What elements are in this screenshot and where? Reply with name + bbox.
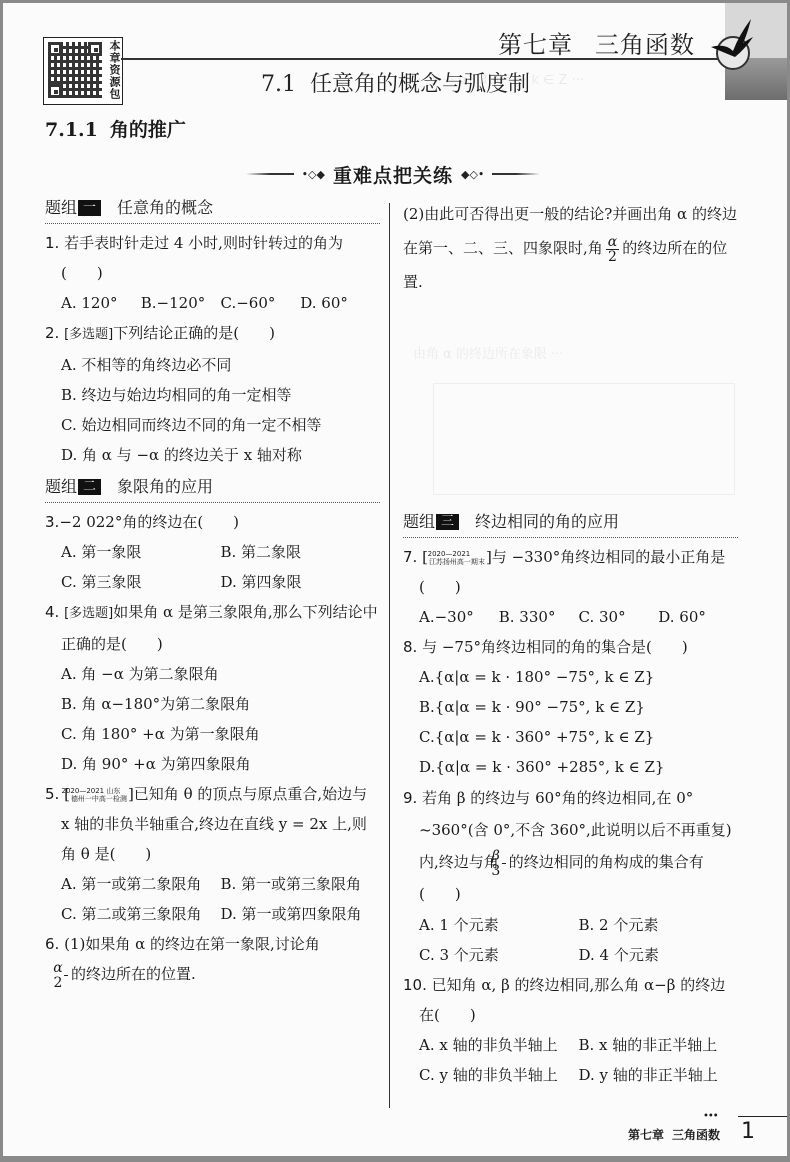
option-d: D. 第一或第四象限角	[221, 899, 381, 929]
subsection-number: 7.1.1	[45, 119, 98, 141]
option-b: B.−120°	[141, 288, 221, 318]
option-b: B. 角 α−180°为第二象限角	[61, 689, 380, 719]
option-b: B. x 轴的非正半轴上	[579, 1030, 739, 1060]
multi-select-tag: [多选题]	[64, 606, 113, 621]
question-number: 6.	[45, 935, 59, 953]
option-a: A.−30°	[419, 602, 499, 632]
banner-text: 重难点把关练	[333, 161, 453, 188]
group-label: 题组	[45, 193, 77, 223]
option-c: C.−60°	[221, 288, 301, 318]
fraction: β3	[502, 849, 506, 878]
option-d: D. 4 个元素	[579, 940, 739, 970]
question-number: 1.	[45, 234, 59, 252]
qr-code-box[interactable]: 本章资源包	[43, 37, 123, 105]
question-number: 7.	[403, 548, 417, 566]
option-c: C. 始边相同而终边不同的角一定不相等	[61, 410, 380, 440]
option-a: A. 角 −α 为第二象限角	[61, 659, 380, 689]
group-badge: 一	[78, 200, 101, 216]
group-title: 象限角的应用	[117, 472, 213, 502]
multi-select-tag: [多选题]	[64, 327, 113, 342]
option-c: C.{α|α = k · 360° +75°, k ∈ Z}	[419, 722, 738, 752]
textbook-page: 本章资源包 第七章三角函数 7.1任意角的概念与弧度制 7.1.1角的推广 •◇…	[3, 3, 787, 1156]
chapter-heading: 第七章三角函数	[498, 25, 695, 60]
group-title: 终边相同的角的应用	[475, 507, 619, 537]
question-8: 8. 与 −75°角终边相同的角的集合是( ) A.{α|α = k · 180…	[403, 632, 738, 782]
group-title: 任意角的概念	[117, 193, 213, 223]
option-b: B. 终边与始边均相同的角一定相等	[61, 380, 380, 410]
question-stem: 已知角 α, β 的终边相同,那么角 α−β 的终边在( )	[419, 976, 725, 1024]
question-number: 3.	[45, 513, 59, 531]
chapter-number: 第七章	[498, 31, 573, 59]
group-label: 题组	[45, 472, 77, 502]
group-heading-2: 题组 二 象限角的应用	[45, 472, 380, 503]
diamond-ornament-icon: ◆◇•	[461, 168, 484, 181]
option-d: D. y 轴的非正半轴上	[579, 1060, 739, 1090]
page-number: 1	[741, 1119, 755, 1144]
left-column: 题组 一 任意角的概念 1. 若手表时针走过 4 小时,则时针转过的角为( ) …	[45, 193, 380, 990]
footer-chapter: 第七章三角函数	[628, 1126, 720, 1143]
option-d: D. 角 90° +α 为第四象限角	[61, 749, 380, 779]
banner-rule-left	[246, 173, 294, 175]
option-d: D. 第四象限	[221, 567, 381, 597]
group-badge: 三	[436, 514, 459, 530]
question-stem: (1)如果角 α 的终边在第一象限,讨论角	[64, 935, 320, 953]
footer-chapter-number: 第七章	[628, 1128, 664, 1142]
option-c: C. 角 180° +α 为第一象限角	[61, 719, 380, 749]
question-4: 4. [多选题]如果角 α 是第三象限角,那么下列结论中正确的是( ) A. 角…	[45, 597, 380, 779]
option-b: B. 第二象限	[221, 537, 381, 567]
column-divider	[389, 203, 390, 1108]
subsection-name: 角的推广	[110, 119, 186, 141]
group-badge: 二	[78, 479, 101, 495]
question-number: 5.	[45, 785, 59, 803]
subsection-title: 7.1.1角的推广	[45, 115, 186, 142]
option-d: D. 60°	[658, 602, 738, 632]
option-a: A. 不相等的角终边必不同	[61, 350, 380, 380]
option-b: B.{α|α = k · 90° −75°, k ∈ Z}	[419, 692, 738, 722]
section-number: 7.1	[261, 72, 296, 97]
question-number: 4.	[45, 603, 59, 621]
option-b: B. 330°	[499, 602, 579, 632]
qr-label: 本章资源包	[106, 40, 122, 104]
option-c: C. 3 个元素	[419, 940, 579, 970]
option-c: C. 30°	[579, 602, 659, 632]
question-stem: 下列结论正确的是( )	[113, 324, 275, 342]
eagle-logo-icon	[703, 13, 763, 73]
source-tag: 2020—2021江苏扬州高一期末	[429, 550, 485, 566]
question-7: 7. [2020—2021江苏扬州高一期末]与 −330°角终边相同的最小正角是…	[403, 542, 738, 632]
group-heading-3: 题组 三 终边相同的角的应用	[403, 507, 738, 538]
question-10: 10. 已知角 α, β 的终边相同,那么角 α−β 的终边在( ) A. x …	[403, 970, 738, 1090]
option-d: D. 角 α 与 −α 的终边关于 x 轴对称	[61, 440, 380, 470]
right-column: (2)由此可否得出更一般的结论?并画出角 α 的终边在第一、二、三、四象限时,角…	[403, 197, 738, 1090]
question-stem: −2 022°角的终边在( )	[59, 513, 239, 531]
footer-dots-icon: •••	[703, 1111, 718, 1122]
group-heading-1: 题组 一 任意角的概念	[45, 193, 380, 224]
option-a: A. x 轴的非负半轴上	[419, 1030, 579, 1060]
group-label: 题组	[403, 507, 435, 537]
question-number: 10.	[403, 976, 427, 994]
fraction: α2	[64, 961, 68, 990]
question-stem: 与 −75°角终边相同的角的集合是( )	[422, 638, 688, 656]
question-number: 8.	[403, 638, 417, 656]
option-c: C. y 轴的非负半轴上	[419, 1060, 579, 1090]
question-5: 5. [2020—2021 山东德州一中高一检测]已知角 θ 的顶点与原点重合,…	[45, 779, 380, 929]
option-d: D.{α|α = k · 360° +285°, k ∈ Z}	[419, 752, 738, 782]
qr-code-icon	[48, 42, 102, 98]
option-d: D. 60°	[300, 288, 380, 318]
question-3: 3.−2 022°角的终边在( ) A. 第一象限 B. 第二象限 C. 第三象…	[45, 507, 380, 597]
option-c: C. 第二或第三象限角	[61, 899, 221, 929]
question-9: 9. 若角 β 的终边与 60°角的终边相同,在 0° ~360°(含 0°,不…	[403, 782, 738, 970]
option-a: A.{α|α = k · 180° −75°, k ∈ Z}	[419, 662, 738, 692]
option-a: A. 1 个元素	[419, 910, 579, 940]
diamond-ornament-icon: •◇◆	[302, 168, 325, 181]
banner-rule-right	[492, 173, 540, 175]
question-1: 1. 若手表时针走过 4 小时,则时针转过的角为( ) A. 120° B.−1…	[45, 228, 380, 318]
chapter-name: 三角函数	[595, 31, 695, 59]
source-tag: 2020—2021 山东德州一中高一检测	[71, 787, 127, 803]
option-a: A. 120°	[61, 288, 141, 318]
question-6-part-2: (2)由此可否得出更一般的结论?并画出角 α 的终边在第一、二、三、四象限时,角…	[403, 197, 738, 299]
answer-space	[403, 299, 738, 507]
fraction: α2	[606, 235, 619, 264]
option-a: A. 第一象限	[61, 537, 221, 567]
question-stem: 若手表时针走过 4 小时,则时针转过的角为( )	[61, 234, 343, 282]
question-2: 2. [多选题]下列结论正确的是( ) A. 不相等的角终边必不同 B. 终边与…	[45, 318, 380, 470]
option-b: B. 第一或第三象限角	[221, 869, 381, 899]
footer-chapter-name: 三角函数	[672, 1128, 720, 1142]
question-number: 9.	[403, 789, 417, 807]
footer-rule	[738, 1116, 787, 1117]
option-b: B. 2 个元素	[579, 910, 739, 940]
question-number: 2.	[45, 324, 59, 342]
option-a: A. 第一或第二象限角	[61, 869, 221, 899]
option-c: C. 第三象限	[61, 567, 221, 597]
question-6-part-1: 6. (1)如果角 α 的终边在第一象限,讨论角α2的终边所在的位置.	[45, 929, 380, 990]
practice-banner: •◇◆ 重难点把关练 ◆◇•	[243, 161, 543, 187]
